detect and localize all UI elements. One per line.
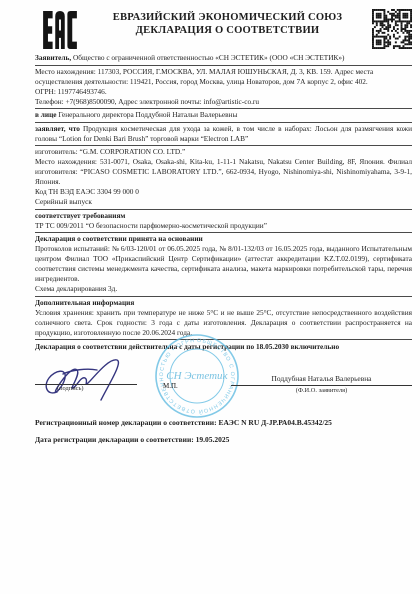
signature-icon (43, 354, 153, 404)
section-applicant-details: Место нахождения: 117303, РОССИЯ, Г.МОСК… (35, 66, 412, 110)
additional-info-label: Дополнительная информация (35, 298, 134, 307)
company-stamp-icon: ОБЩЕСТВО С ОГРАНИЧЕННОЙ ОТВЕТСТВЕННОСТЬЮ… (153, 332, 241, 420)
section-applicant: Заявитель, Общество с ограниченной ответ… (35, 52, 412, 66)
basis-label: Декларация о соответствии принята на осн… (35, 234, 203, 243)
in-person-label: в лице (35, 110, 57, 119)
section-in-person: в лице Генерального директора Поддубной … (35, 109, 412, 123)
applicant-label: Заявитель, (35, 53, 71, 62)
registration-footer: Регистрационный номер декларации о соотв… (35, 418, 412, 445)
applicant-name: Общество с ограниченной ответственностью… (73, 53, 344, 62)
in-person-name: Генерального директора Поддубной Натальи… (58, 110, 237, 119)
mp-label: М.П. (163, 382, 178, 390)
applicant-fio: Поддубная Наталья Валерьевна (231, 352, 412, 384)
stamp-center-text: СН Эстетик (166, 370, 228, 382)
complies-regulation: ТР ТС 009/2011 “О безопасности парфюмерн… (35, 221, 412, 231)
title-union: ЕВРАЗИЙСКИЙ ЭКОНОМИЧЕСКИЙ СОЮЗ (83, 11, 372, 24)
applicant-address: Место нахождения: 117303, РОССИЯ, Г.МОСК… (35, 67, 412, 87)
complies-label: соответствует требованиям (35, 211, 125, 220)
signature-caption: (подпись) (57, 385, 84, 392)
signature-block: (подпись) ОБЩЕСТВО С ОГРАНИЧЕННОЙ ОТВЕТС… (35, 352, 412, 418)
declaration-document: ЕВРАЗИЙСКИЙ ЭКОНОМИЧЕСКИЙ СОЮЗ ДЕКЛАРАЦИ… (0, 0, 420, 594)
qr-code-icon (372, 9, 412, 49)
product-description: Продукция косметическая для ухода за кож… (35, 124, 412, 143)
section-product: заявляет, что Продукция косметическая дл… (35, 123, 412, 147)
document-title: ЕВРАЗИЙСКИЙ ЭКОНОМИЧЕСКИЙ СОЮЗ ДЕКЛАРАЦИ… (83, 8, 372, 37)
applicant-ogrn: ОГРН: 1197746493746. (35, 87, 412, 97)
section-basis: Декларация о соответствии принята на осн… (35, 233, 412, 297)
tn-ved-code: Код ТН ВЭД ЕАЭС 3304 99 000 0 (35, 187, 412, 197)
declaration-scheme: Схема декларирования 3д. (35, 284, 412, 294)
fio-block: Поддубная Наталья Валерьевна (Ф.И.О. зая… (231, 352, 412, 394)
section-manufacturer: изготовитель: “G.M. CORPORATION CO. LTD.… (35, 146, 412, 210)
section-complies: соответствует требованиям ТР ТС 009/2011… (35, 210, 412, 234)
basis-text: Протоколов испытаний: № 6/03-120/01 от 0… (35, 244, 412, 284)
eac-logo-icon (43, 11, 77, 49)
title-declaration: ДЕКЛАРАЦИЯ О СООТВЕТСТВИИ (83, 24, 372, 37)
registration-date: Дата регистрации декларации о соответств… (35, 435, 412, 445)
signature-line (35, 384, 137, 385)
manufacturer-address: Место нахождения: 531-0071, Osaka, Osaka… (35, 157, 412, 187)
serial-release: Серийный выпуск (35, 197, 412, 207)
manufacturer-name: изготовитель: “G.M. CORPORATION CO. LTD.… (35, 147, 412, 157)
declares-label: заявляет, что (35, 124, 80, 133)
document-header: ЕВРАЗИЙСКИЙ ЭКОНОМИЧЕСКИЙ СОЮЗ ДЕКЛАРАЦИ… (35, 8, 412, 49)
applicant-contacts: Телефон: +7(968)8500090, Адрес электронн… (35, 97, 412, 107)
fio-caption: (Ф.И.О. заявителя) (231, 386, 412, 394)
